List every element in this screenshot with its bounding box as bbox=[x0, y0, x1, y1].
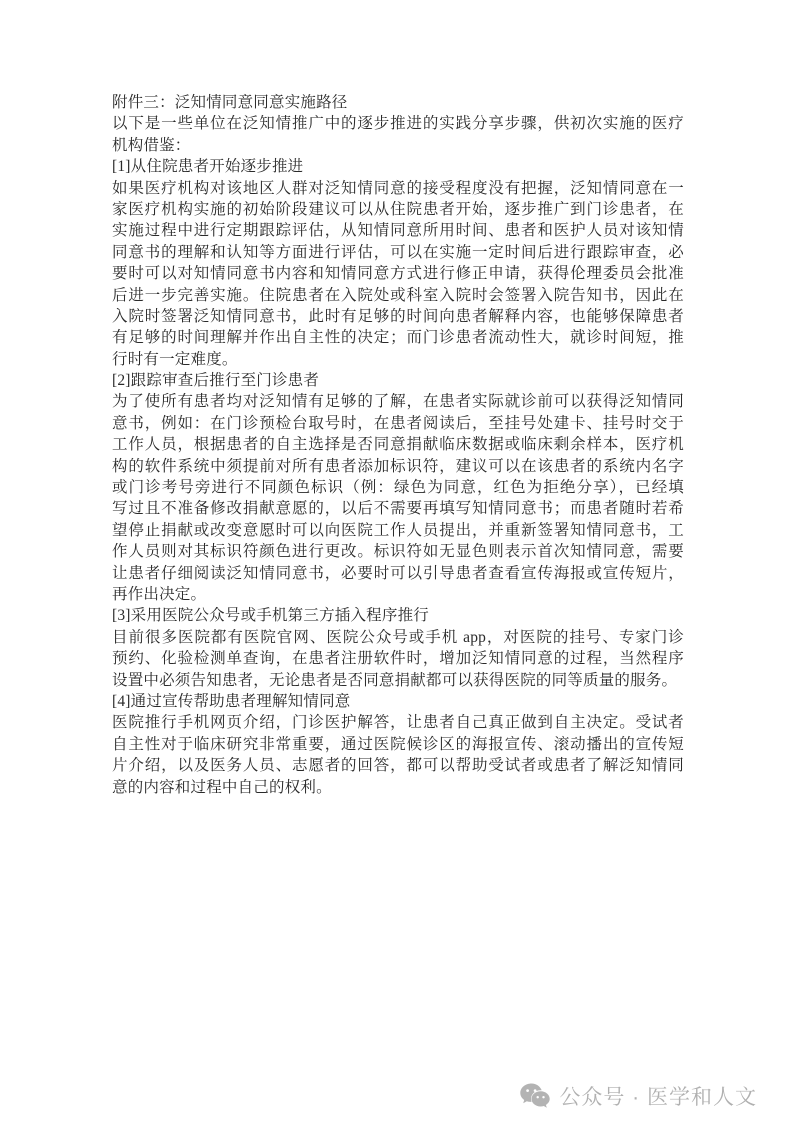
text-line: 实施过程中进行定期跟踪评估，从知情同意所用时间、患者和医护人员对该知情 bbox=[112, 220, 684, 241]
text-line: 设置中必须告知患者，无论患者是否同意捐献都可以获得医院的同等质量的服务。 bbox=[112, 670, 684, 691]
text-line: 再作出决定。 bbox=[112, 584, 684, 605]
text-line: 自主性对于临床研究非常重要，通过医院候诊区的海报宣传、滚动播出的宣传短 bbox=[112, 734, 684, 755]
wechat-icon bbox=[520, 1083, 550, 1109]
section-heading-4: [4]通过宣传帮助患者理解知情同意 bbox=[112, 691, 684, 712]
text-line: 作人员则对其标识符颜色进行更改。标识符如无显色则表示首次知情同意，需要 bbox=[112, 541, 684, 562]
text-line: 预约、化验检测单查询，在患者注册软件时，增加泛知情同意的过程，当然程序 bbox=[112, 648, 684, 669]
section-heading-2: [2]跟踪审查后推行至门诊患者 bbox=[112, 370, 684, 391]
text-line: 为了使所有患者均对泛知情有足够的了解，在患者实际就诊前可以获得泛知情同 bbox=[112, 391, 684, 412]
text-line: 要时可以对知情同意书内容和知情同意方式进行修正申请，获得伦理委员会批准 bbox=[112, 263, 684, 284]
watermark-footer: 公众号 · 医学和人文 bbox=[520, 1081, 757, 1111]
text-line: 目前很多医院都有医院官网、医院公众号或手机 app，对医院的挂号、专家门诊 bbox=[112, 627, 684, 648]
text-line: 让患者仔细阅读泛知情同意书，必要时可以引导患者查看宣传海报或宣传短片， bbox=[112, 563, 684, 584]
text-line: 后进一步完善实施。住院患者在入院处或科室入院时会签署入院告知书，因此在 bbox=[112, 285, 684, 306]
text-line: 片介绍，以及医务人员、志愿者的回答，都可以帮助受试者或患者了解泛知情同 bbox=[112, 755, 684, 776]
text-line: 望停止捐献或改变意愿时可以向医院工作人员提出，并重新签署知情同意书，工 bbox=[112, 520, 684, 541]
document-body: 附件三：泛知情同意同意实施路径以下是一些单位在泛知情推广中的逐步推进的实践分享步… bbox=[112, 92, 684, 798]
text-line: 或门诊考号旁进行不同颜色标识（例：绿色为同意，红色为拒绝分享），已经填 bbox=[112, 477, 684, 498]
section-heading-1: [1]从住院患者开始逐步推进 bbox=[112, 156, 684, 177]
text-line: 意书，例如：在门诊预检台取号时，在患者阅读后，至挂号处建卡、挂号时交于 bbox=[112, 413, 684, 434]
text-line: 意的内容和过程中自己的权利。 bbox=[112, 777, 684, 798]
watermark-label: 公众号 · 医学和人文 bbox=[559, 1081, 757, 1111]
text-line: 行时有一定难度。 bbox=[112, 349, 684, 370]
text-line: 入院时签署泛知情同意书，此时有足够的时间向患者解释内容，也能够保障患者 bbox=[112, 306, 684, 327]
text-line: 同意书的理解和认知等方面进行评估，可以在实施一定时间后进行跟踪审查，必 bbox=[112, 242, 684, 263]
text-line: 以下是一些单位在泛知情推广中的逐步推进的实践分享步骤，供初次实施的医疗 bbox=[112, 113, 684, 134]
document-title: 附件三：泛知情同意同意实施路径 bbox=[112, 92, 684, 113]
text-line: 构的软件系统中须提前对所有患者添加标识符，建议可以在该患者的系统内名字 bbox=[112, 456, 684, 477]
text-line: 有足够的时间理解并作出自主性的决定；而门诊患者流动性大，就诊时间短，推 bbox=[112, 327, 684, 348]
text-line: 工作人员，根据患者的自主选择是否同意捐献临床数据或临床剩余样本，医疗机 bbox=[112, 434, 684, 455]
text-line: 家医疗机构实施的初始阶段建议可以从住院患者开始，逐步推广到门诊患者，在 bbox=[112, 199, 684, 220]
text-line: 如果医疗机构对该地区人群对泛知情同意的接受程度没有把握，泛知情同意在一 bbox=[112, 178, 684, 199]
document-page: 附件三：泛知情同意同意实施路径以下是一些单位在泛知情推广中的逐步推进的实践分享步… bbox=[0, 0, 799, 1131]
text-line: 机构借鉴： bbox=[112, 135, 684, 156]
section-heading-3: [3]采用医院公众号或手机第三方插入程序推行 bbox=[112, 605, 684, 626]
text-line: 写过且不准备修改捐献意愿的，以后不需要再填写知情同意书；而患者随时若希 bbox=[112, 498, 684, 519]
text-line: 医院推行手机网页介绍，门诊医护解答，让患者自己真正做到自主决定。受试者 bbox=[112, 712, 684, 733]
